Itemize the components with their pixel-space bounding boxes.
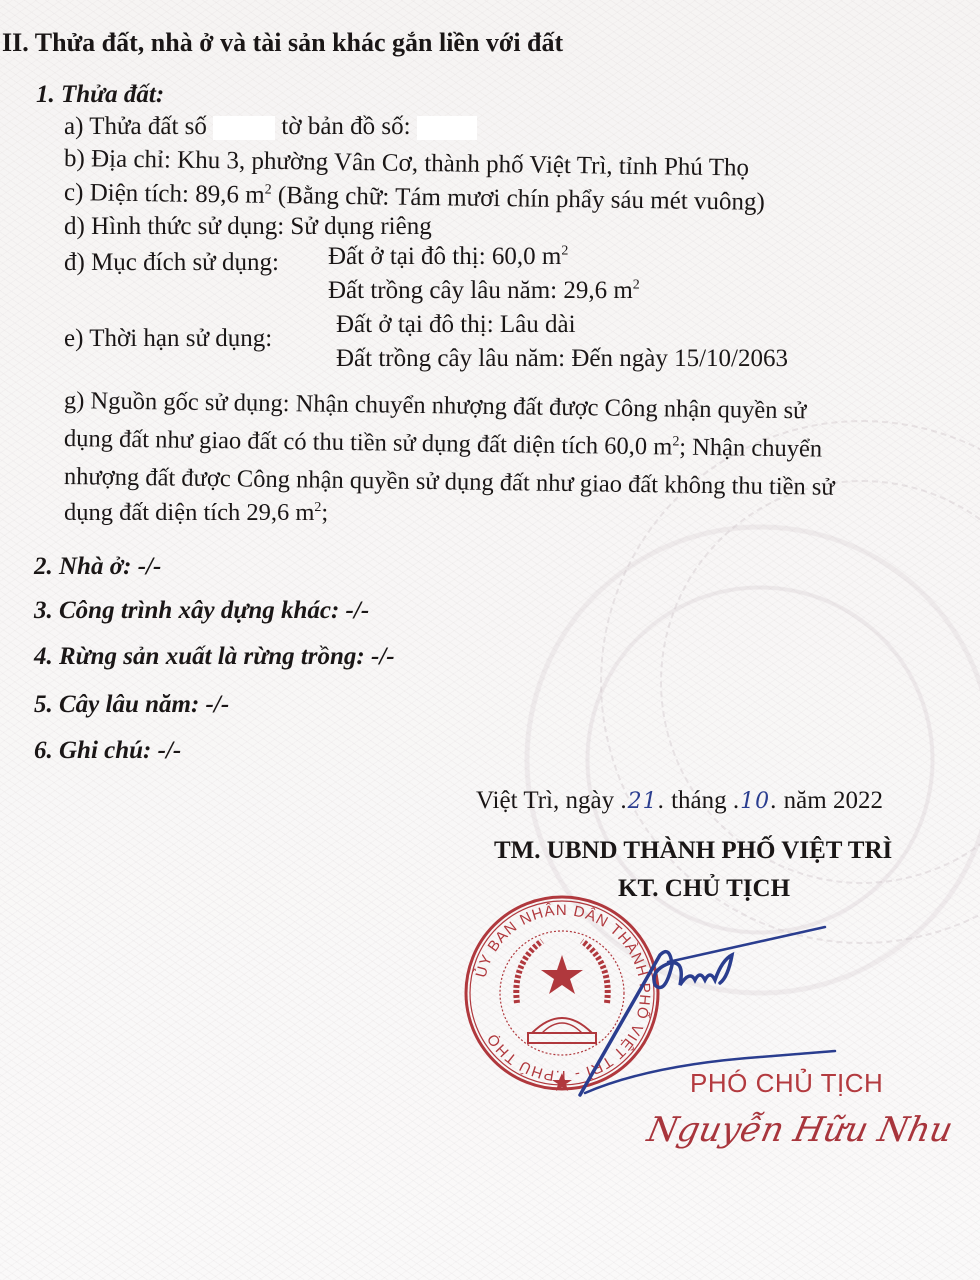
place-label: Việt Trì, ngày: [476, 787, 614, 814]
origin-text: ;: [321, 499, 328, 526]
issuing-organization: TM. UBND THÀNH PHỐ VIỆT TRÌ: [494, 836, 892, 866]
section-title: II. Thửa đất, nhà ở và tài sản khác gắn …: [2, 28, 563, 58]
redacted-parcel-number: [213, 116, 275, 140]
signer-title: PHÓ CHỦ TỊCH: [690, 1068, 883, 1099]
month-field: .10.: [733, 787, 778, 814]
usage-purpose-perennial: Đất trồng cây lâu năm: 29,6 m2: [328, 276, 640, 306]
year-label: năm 2022: [784, 787, 883, 814]
usage-term-label: e) Thời hạn sử dụng:: [64, 324, 272, 354]
parcel-number-line: a) Thửa đất số tờ bản đồ số:: [64, 112, 477, 142]
parcel-number-label: a) Thửa đất số: [64, 113, 207, 140]
place-date-line: Việt Trì, ngày .21. tháng .10. năm 2022: [476, 786, 883, 817]
superscript: 2: [633, 278, 640, 293]
usage-purpose-urban: Đất ở tại đô thị: 60,0 m2: [328, 242, 568, 272]
house-item: 2. Nhà ở: -/-: [34, 552, 161, 582]
origin-text: dụng đất diện tích 29,6 m: [64, 499, 314, 526]
month-handwritten: 10: [740, 789, 770, 814]
map-sheet-label: tờ bản đồ số:: [281, 113, 410, 140]
signer-name: Nguyễn Hữu Nhu: [644, 1110, 957, 1150]
day-handwritten: 21: [628, 789, 658, 814]
area-in-words: (Bằng chữ: Tám mươi chín phẩy sáu mét vu…: [271, 182, 765, 216]
area-value: c) Diện tích: 89,6 m: [64, 179, 265, 209]
month-label: tháng: [671, 787, 727, 814]
day-field: .21.: [620, 787, 665, 814]
usage-form-line: d) Hình thức sử dụng: Sử dụng riêng: [64, 212, 432, 242]
planted-forest-item: 4. Rừng sản xuất là rừng trồng: -/-: [34, 642, 395, 672]
land-parcel-heading: 1. Thửa đất:: [36, 80, 164, 110]
redacted-map-number: [417, 116, 477, 140]
origin-line-4: dụng đất diện tích 29,6 m2;: [64, 498, 328, 528]
usage-term-perennial: Đất trồng cây lâu năm: Đến ngày 15/10/20…: [336, 344, 788, 374]
perennial-trees-item: 5. Cây lâu năm: -/-: [34, 690, 229, 720]
usage-term-urban: Đất ở tại đô thị: Lâu dài: [336, 310, 576, 340]
usage-purpose-label: đ) Mục đích sử dụng:: [64, 248, 279, 278]
urban-area-text: Đất ở tại đô thị: 60,0 m: [328, 243, 561, 270]
origin-text: dụng đất như giao đất có thu tiền sử dụn…: [64, 425, 673, 460]
perennial-area-text: Đất trồng cây lâu năm: 29,6 m: [328, 277, 633, 304]
superscript: 2: [561, 244, 568, 259]
origin-text: ; Nhận chuyển: [679, 434, 822, 463]
other-construction-item: 3. Công trình xây dựng khác: -/-: [34, 596, 369, 626]
notes-item: 6. Ghi chú: -/-: [34, 736, 181, 766]
